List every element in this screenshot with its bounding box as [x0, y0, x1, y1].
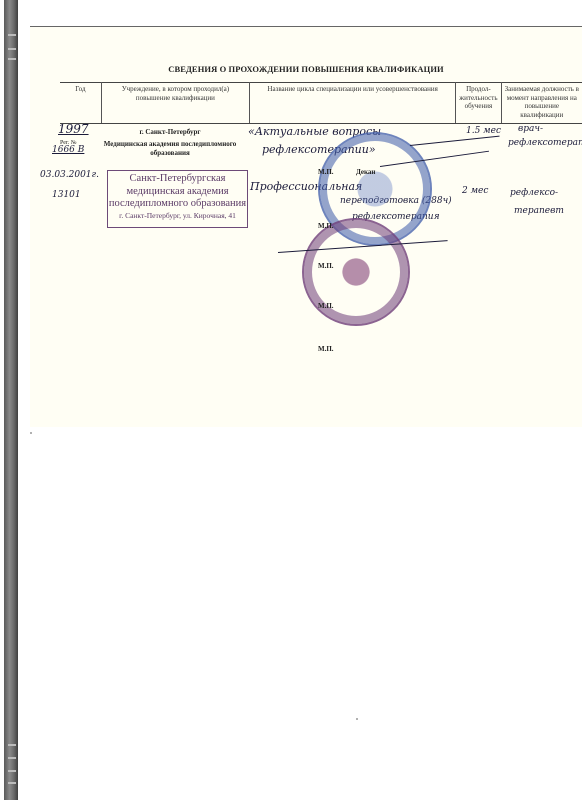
row2-position-line1: рефлексо- [510, 188, 558, 198]
row1-position-line2: рефлексотерап. [508, 138, 582, 148]
table-header-row: Год Учреждение, в котором проходил(а) по… [60, 83, 582, 124]
header-institution: Учреждение, в котором проходил(а) повыше… [101, 83, 249, 124]
document-title: СВЕДЕНИЯ О ПРОХОЖДЕНИИ ПОВЫШЕНИЯ КВАЛИФИ… [30, 64, 582, 74]
header-duration: Продол-жительность обучения [456, 83, 501, 124]
header-year: Год [60, 83, 101, 124]
row2-date: 03.03.2001г. [40, 170, 99, 180]
seal-label-5: М.П. [318, 345, 334, 353]
institution-rect-stamp: Санкт-Петербургская медицинская академия… [107, 170, 248, 228]
row1-institution-name: Медицинская академия последипломного обр… [100, 140, 240, 158]
row1-year: 1997 [58, 122, 89, 136]
stamp-line2: медицинская академия [108, 186, 247, 199]
qualification-table: Год Учреждение, в котором проходил(а) по… [60, 82, 582, 124]
row1-institution-city: г. Санкт-Петербург [100, 128, 240, 136]
seal-label-4: М.П. [318, 302, 334, 310]
stamp-line3: последипломного образования [108, 198, 247, 211]
row1-position-line1: врач- [518, 124, 543, 134]
seal-label-2: М.П. [318, 222, 334, 230]
dean-label: Декан [356, 168, 375, 176]
seal-label-3: М.П. [318, 262, 334, 270]
seal-label-1: М.П. [318, 168, 334, 176]
row1-duration: 1.5 мес [466, 126, 501, 136]
stamp-line1: Санкт-Петербургская [108, 173, 247, 186]
row1-reg-number: 1666 В [52, 145, 84, 155]
page-top-rule [30, 26, 582, 27]
header-cycle-name: Название цикла специализации или усоверш… [250, 83, 456, 124]
stamp-address: г. Санкт-Петербург, ул. Кирочная, 41 [108, 211, 247, 221]
row2-duration: 2 мес [462, 186, 488, 196]
row2-position-line2: терапевт [514, 206, 564, 216]
scan-edge-strip [4, 0, 18, 800]
row2-reg-number: 13101 [52, 190, 81, 200]
header-position: Занимаемая должность в момент направлени… [501, 83, 582, 124]
